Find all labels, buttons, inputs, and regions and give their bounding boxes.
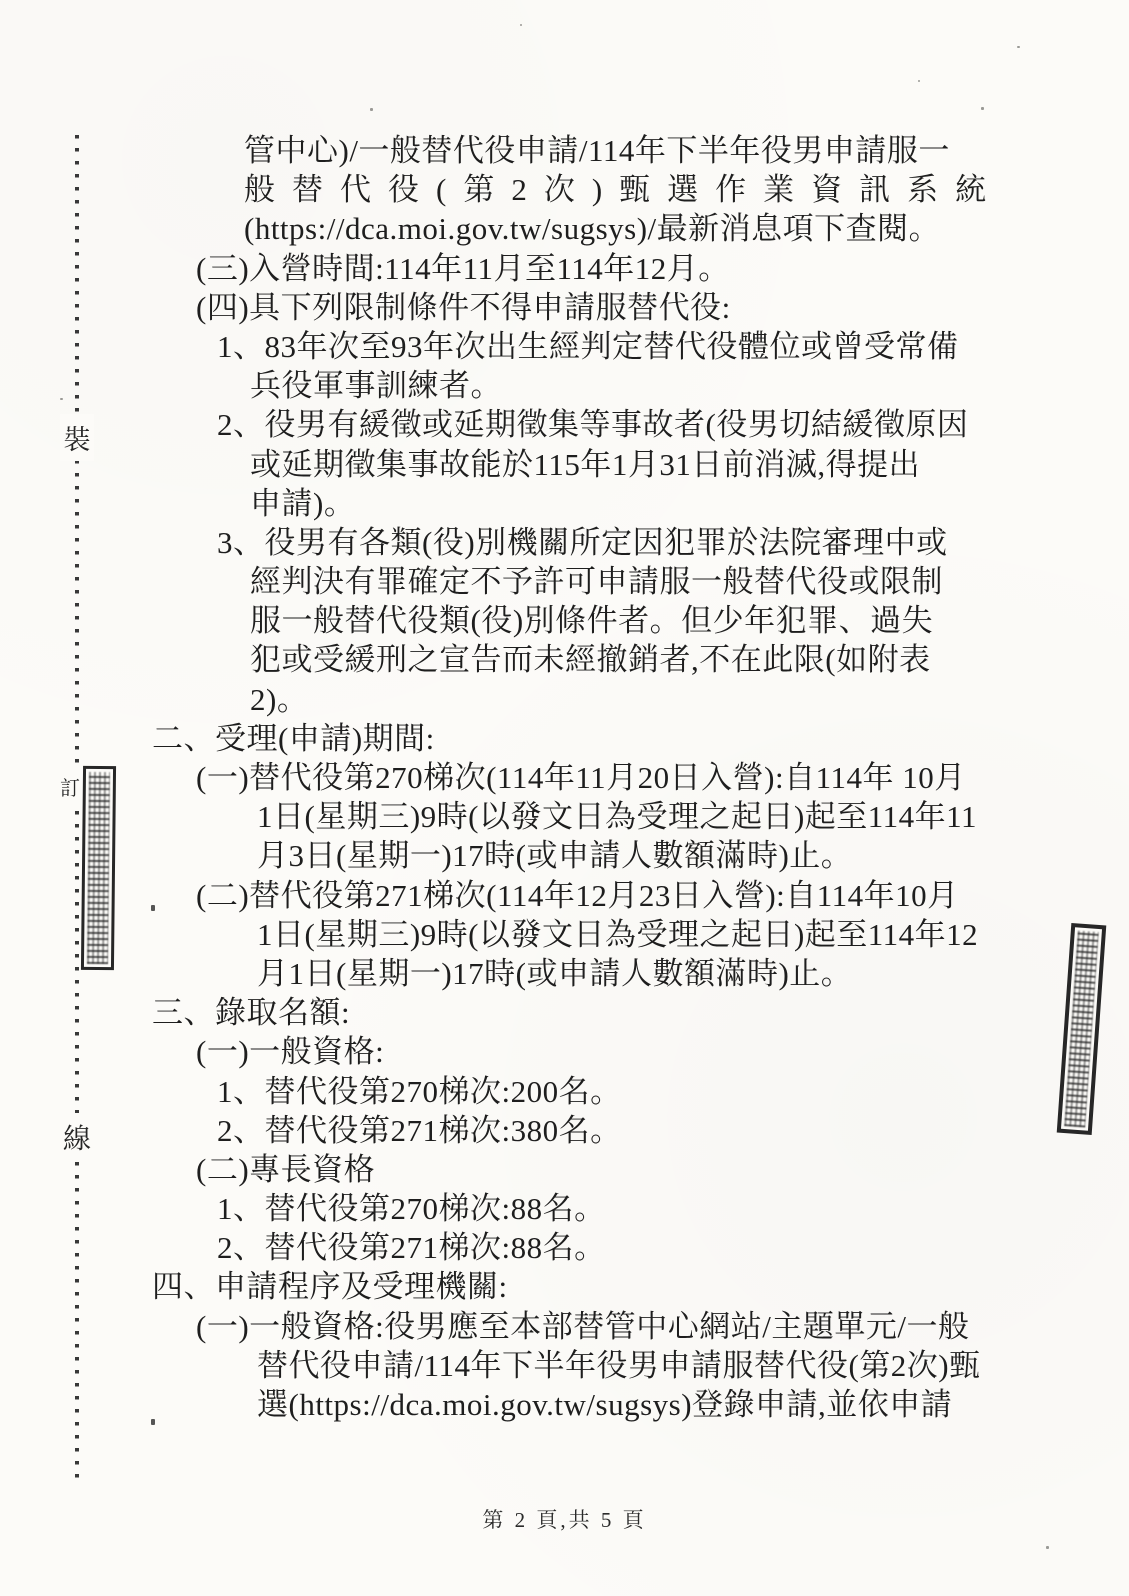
document-line: 二、受理(申請)期間: — [0, 719, 1129, 758]
scan-speck — [151, 905, 155, 911]
document-line: 或延期徵集事故能於115年1月31日前消滅,得提出 — [0, 445, 1129, 484]
document-line: 2)。 — [0, 680, 1129, 719]
document-line: 經判決有罪確定不予許可申請服一般替代役或限制 — [0, 562, 1129, 601]
document-line: 管中心)/一般替代役申請/114年下半年役男申請服一 — [0, 131, 1129, 170]
document-line: (一)替代役第270梯次(114年11月20日入營):自114年 10月 — [0, 758, 1129, 797]
document-line: (https://dca.moi.gov.tw/sugsys)/最新消息項下查閱… — [0, 209, 1129, 248]
document-line: 3、役男有各類(役)別機關所定因犯罪於法院審理中或 — [0, 523, 1129, 562]
scan-speck — [520, 24, 522, 26]
document-line: 選(https://dca.moi.gov.tw/sugsys)登錄申請,並依申… — [0, 1385, 1129, 1424]
scan-speck — [370, 108, 373, 111]
scan-speck — [918, 80, 920, 82]
document-line: 三、錄取名額: — [0, 993, 1129, 1032]
document-line: 1、替代役第270梯次:200名。 — [0, 1072, 1129, 1111]
scan-speck — [60, 398, 63, 400]
document-line: 1日(星期三)9時(以發文日為受理之起日)起至114年12 — [0, 915, 1129, 954]
document-line: (四)具下列限制條件不得申請服替代役: — [0, 288, 1129, 327]
document-line: (二)替代役第271梯次(114年12月23日入營):自114年10月 — [0, 876, 1129, 915]
scan-speck — [151, 1419, 155, 1425]
document-line: 般替代役(第2次)甄選作業資訊系統 — [0, 170, 1129, 209]
document-line: 服一般替代役類(役)別條件者。但少年犯罪、過失 — [0, 601, 1129, 640]
document-line: 2、替代役第271梯次:380名。 — [0, 1111, 1129, 1150]
document-line: 1日(星期三)9時(以發文日為受理之起日)起至114年11 — [0, 797, 1129, 836]
document-line: 犯或受緩刑之宣告而未經撤銷者,不在此限(如附表 — [0, 640, 1129, 679]
body-text: 管中心)/一般替代役申請/114年下半年役男申請服一般替代役(第2次)甄選作業資… — [0, 131, 1129, 1424]
document-line: 替代役申請/114年下半年役男申請服替代役(第2次)甄 — [0, 1346, 1129, 1385]
document-line: (二)專長資格 — [0, 1150, 1129, 1189]
scan-speck — [1046, 1546, 1049, 1549]
scan-speck — [1017, 46, 1020, 48]
document-line: 1、83年次至93年次出生經判定替代役體位或曾受常備 — [0, 327, 1129, 366]
document-line: 月3日(星期一)17時(或申請人數額滿時)止。 — [0, 836, 1129, 875]
document-line: 申請)。 — [0, 484, 1129, 523]
document-line: 四、申請程序及受理機關: — [0, 1267, 1129, 1306]
page-footer: 第 2 頁,共 5 頁 — [0, 1504, 1129, 1534]
document-line: 2、役男有緩徵或延期徵集等事故者(役男切結緩徵原因 — [0, 405, 1129, 444]
document-line: 2、替代役第271梯次:88名。 — [0, 1228, 1129, 1267]
scan-speck — [981, 107, 984, 110]
document-line: (三)入營時間:114年11月至114年12月。 — [0, 249, 1129, 288]
document-line: 兵役軍事訓練者。 — [0, 366, 1129, 405]
document-line: 月1日(星期一)17時(或申請人數額滿時)止。 — [0, 954, 1129, 993]
scanned-page: 裝 訂 線 管中心)/一般替代役申請/114年下半年役男申請服一般替代役(第2次… — [0, 0, 1129, 1596]
document-line: (一)一般資格: — [0, 1032, 1129, 1071]
document-line: (一)一般資格:役男應至本部替管中心網站/主題單元/一般 — [0, 1307, 1129, 1346]
document-line: 1、替代役第270梯次:88名。 — [0, 1189, 1129, 1228]
